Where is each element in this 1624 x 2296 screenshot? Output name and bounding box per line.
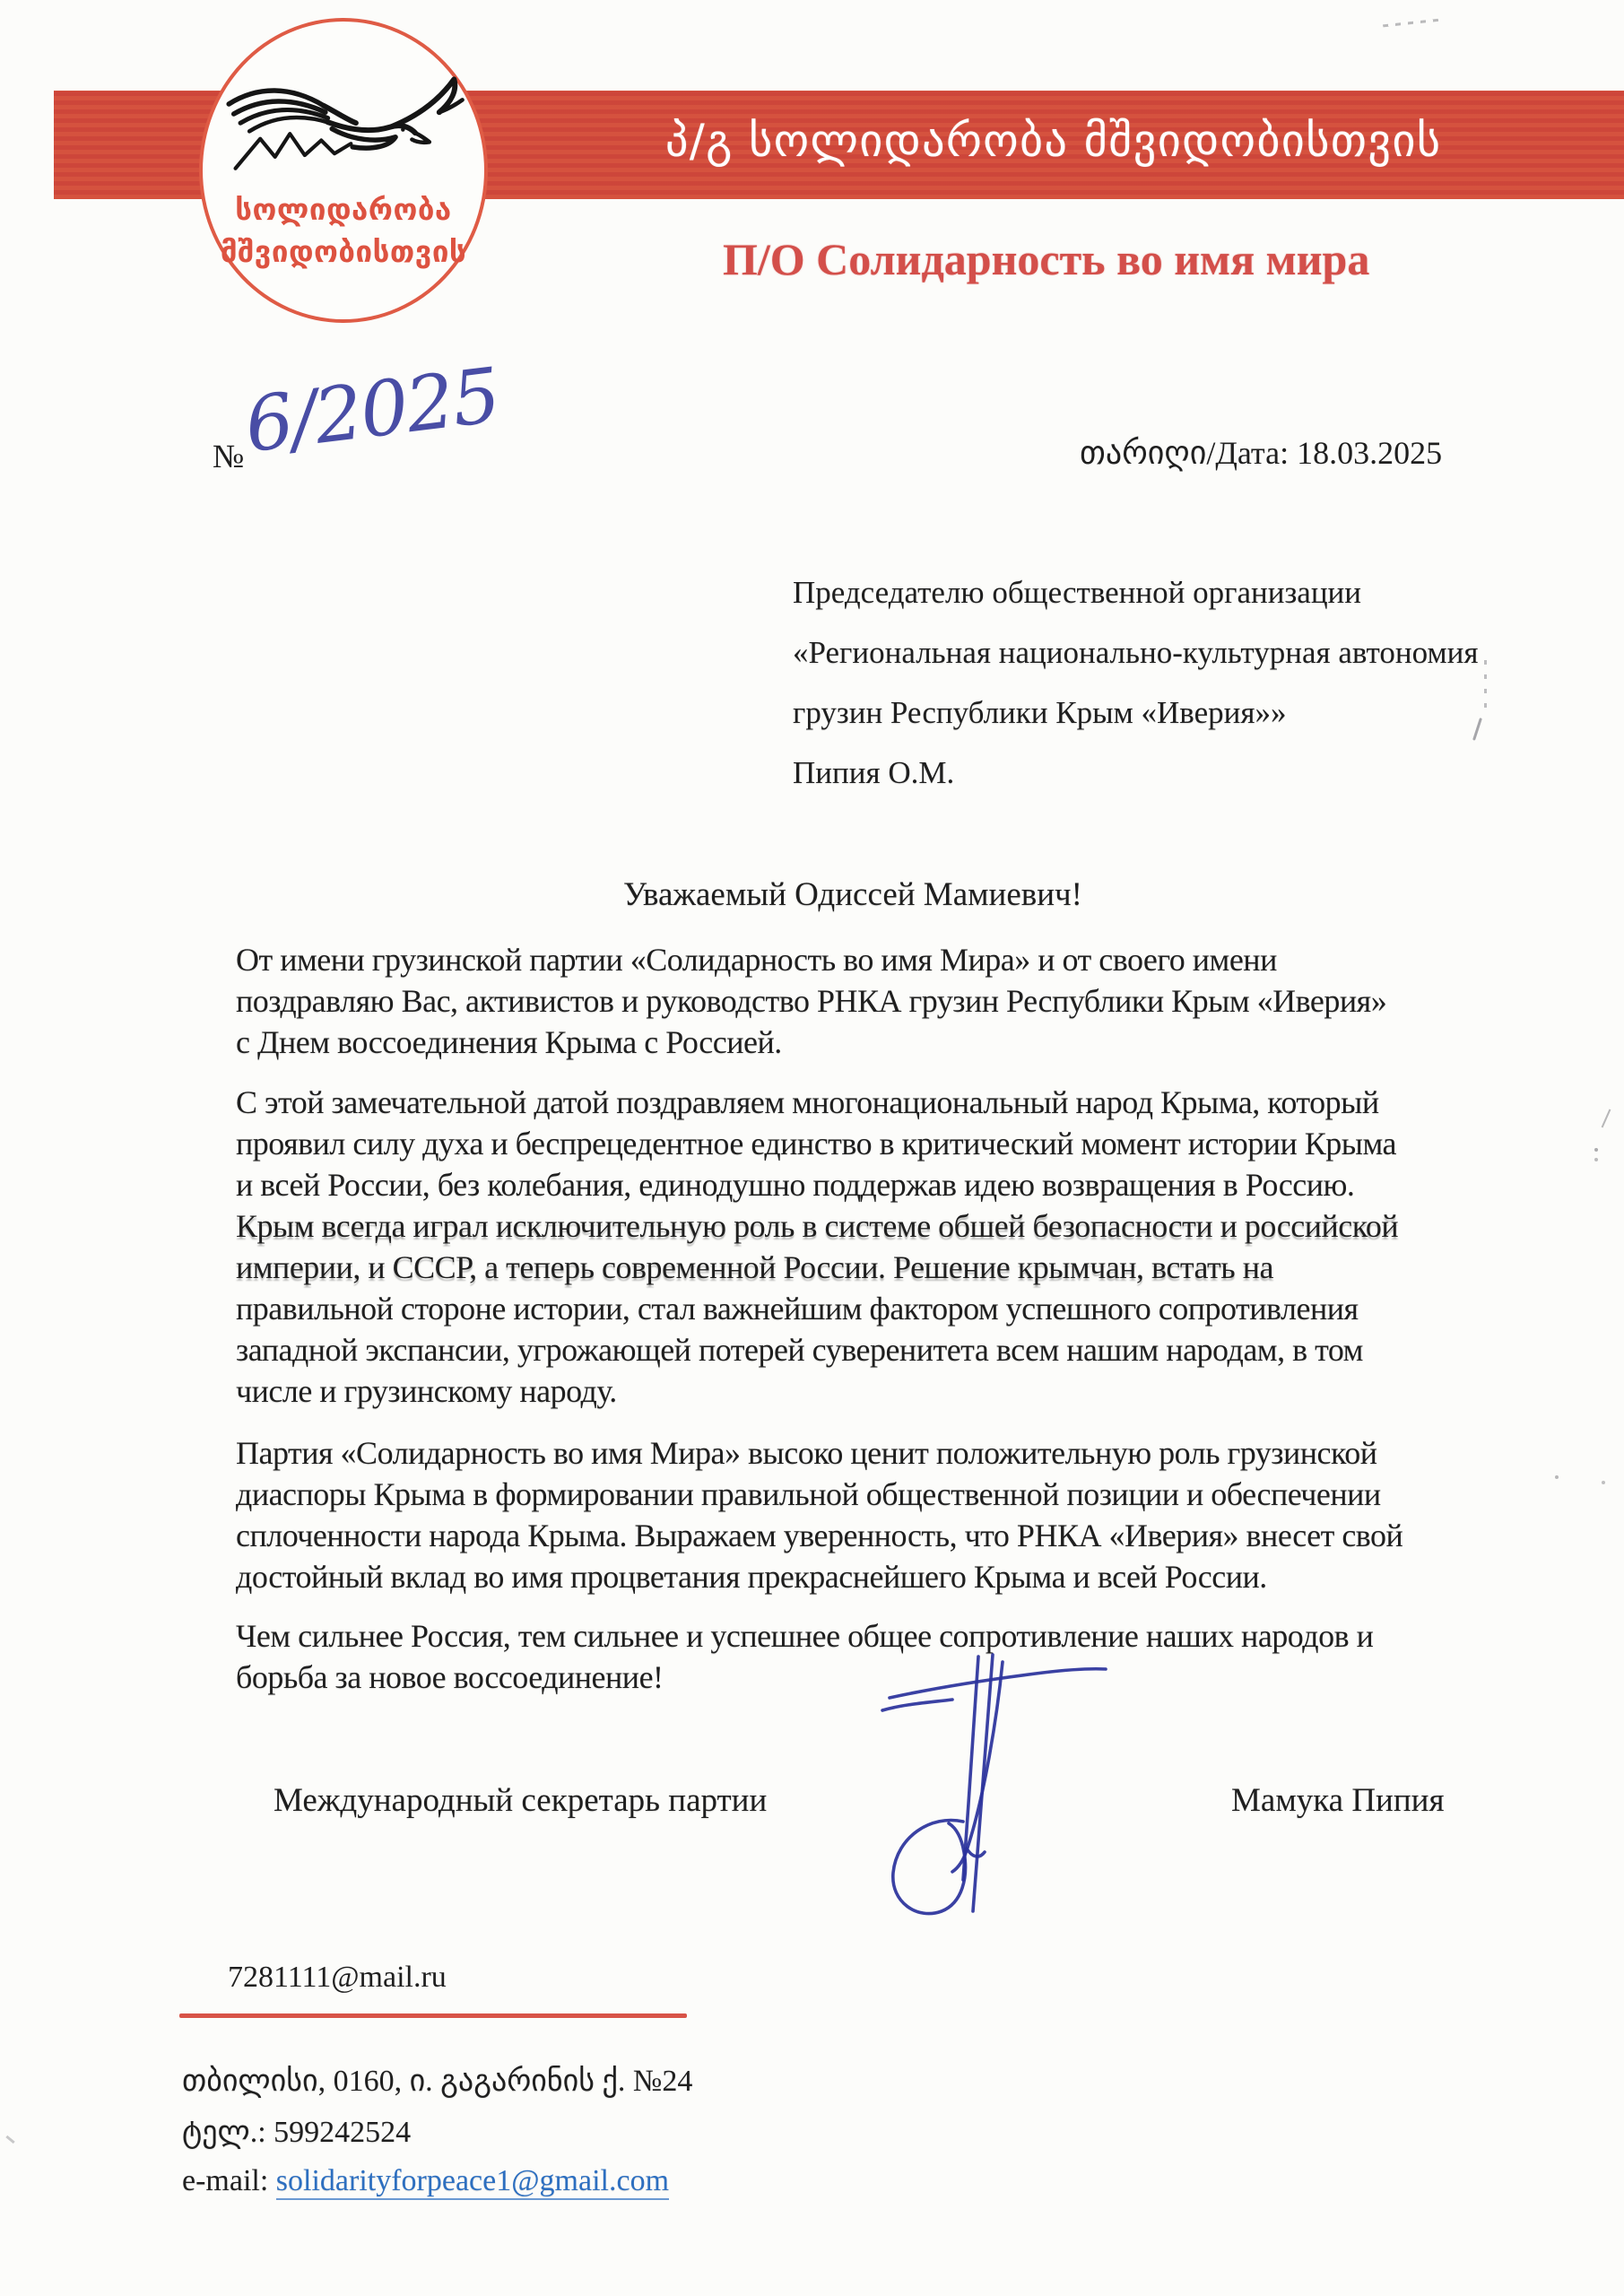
date-line: თარიღი/Дата: 18.03.2025 <box>1080 434 1442 472</box>
footer-address-georgian: თბილისი, 0160, ი. გაგარინის ქ. №24 <box>182 2063 692 2099</box>
body-text-line: борьба за новое воссоединение! <box>236 1658 1373 1700</box>
paragraph-1: От имени грузинской партии «Солидарность… <box>236 941 1386 1065</box>
paragraph-3: Партия «Солидарность во имя Мира» высоко… <box>236 1434 1403 1599</box>
mailru-email: 7281111@mail.ru <box>228 1961 447 1995</box>
party-logo: სოლიდარობა მშვიდობისთვის <box>199 18 488 323</box>
logo-caption-line2: მშვიდობისთვის <box>203 234 484 269</box>
paragraph-2: С этой замечательной датой поздравляем м… <box>236 1083 1398 1413</box>
recipient-line: «Региональная национально-культурная авт… <box>793 635 1478 695</box>
scan-artifact-left-edge <box>5 2135 14 2144</box>
footer-red-divider <box>179 2013 687 2018</box>
footer-email-row: e-mail: solidarityforpeace1@gmail.com <box>182 2164 669 2198</box>
recipient-block: Председателю общественной организации«Ре… <box>793 575 1478 815</box>
body-text-line: Партия «Солидарность во имя Мира» высоко… <box>236 1434 1403 1475</box>
handwritten-signature <box>877 1653 1115 1922</box>
logo-caption-line1: სოლიდარობა <box>203 192 484 227</box>
dove-over-mountains-icon <box>210 63 479 187</box>
body-text-line: и всей России, без колебания, единодушно… <box>236 1166 1398 1207</box>
signer-position-title: Международный секретарь партии <box>274 1781 767 1820</box>
scan-artifact-top-right <box>1383 19 1440 28</box>
banner-org-name-georgian: პ/გ სოლიდარობა მშვიდობისთვის <box>665 115 1442 167</box>
body-text-line: достойный вклад во имя процветания прекр… <box>236 1558 1403 1599</box>
body-text-line: правильной стороне истории, стал важнейш… <box>236 1290 1398 1331</box>
footer-phone: ტელ.: 599242524 <box>182 2114 411 2150</box>
salutation: Уважаемый Одиссей Мамиевич! <box>623 875 1082 914</box>
scan-artifact-slash <box>1602 1109 1611 1128</box>
scan-artifact-dots <box>1555 1475 1559 1479</box>
body-text-line: проявил силу духа и беспрецедентное един… <box>236 1125 1398 1166</box>
recipient-line: Председателю общественной организации <box>793 575 1478 635</box>
gmail-email-link: solidarityforpeace1@gmail.com <box>276 2164 669 2200</box>
body-text-line: западной экспансии, угрожающей потерей с… <box>236 1331 1398 1372</box>
body-text-line: диаспоры Крыма в формировании правильной… <box>236 1475 1403 1517</box>
body-text-line: С этой замечательной датой поздравляем м… <box>236 1083 1398 1125</box>
recipient-line: Пипия О.М. <box>793 755 1478 815</box>
body-text-line: сплоченности народа Крыма. Выражаем увер… <box>236 1517 1403 1558</box>
body-text-line: От имени грузинской партии «Солидарность… <box>236 941 1386 982</box>
scan-artifact-colon <box>1594 1148 1598 1152</box>
body-text-line: империи, и СССР, а теперь современной Ро… <box>236 1248 1398 1290</box>
ref-number-label: № <box>213 438 244 476</box>
signer-name: Мамука Пипия <box>1231 1781 1444 1820</box>
body-text-line: Чем сильнее Россия, тем сильнее и успешн… <box>236 1617 1373 1658</box>
org-name-russian: П/О Солидарность во имя мира <box>723 233 1369 285</box>
body-text-line: с Днем воссоединения Крыма с Россией. <box>236 1023 1386 1065</box>
email-label: e-mail: <box>182 2164 268 2197</box>
paragraph-4: Чем сильнее Россия, тем сильнее и успешн… <box>236 1617 1373 1700</box>
body-text-line: Крым всегда играл исключительную роль в … <box>236 1207 1398 1248</box>
recipient-line: грузин Республики Крым «Иверия»» <box>793 695 1478 755</box>
body-text-line: числе и грузинскому народу. <box>236 1372 1398 1413</box>
handwritten-ref-number: 6/2025 <box>240 351 503 469</box>
scanned-letter-page: პ/გ სოლიდარობა მშვიდობისთვის სოლიდარობა … <box>0 0 1624 2296</box>
scan-artifact-tick-column <box>1484 660 1487 717</box>
body-text-line: поздравляю Вас, активистов и руководство… <box>236 982 1386 1023</box>
